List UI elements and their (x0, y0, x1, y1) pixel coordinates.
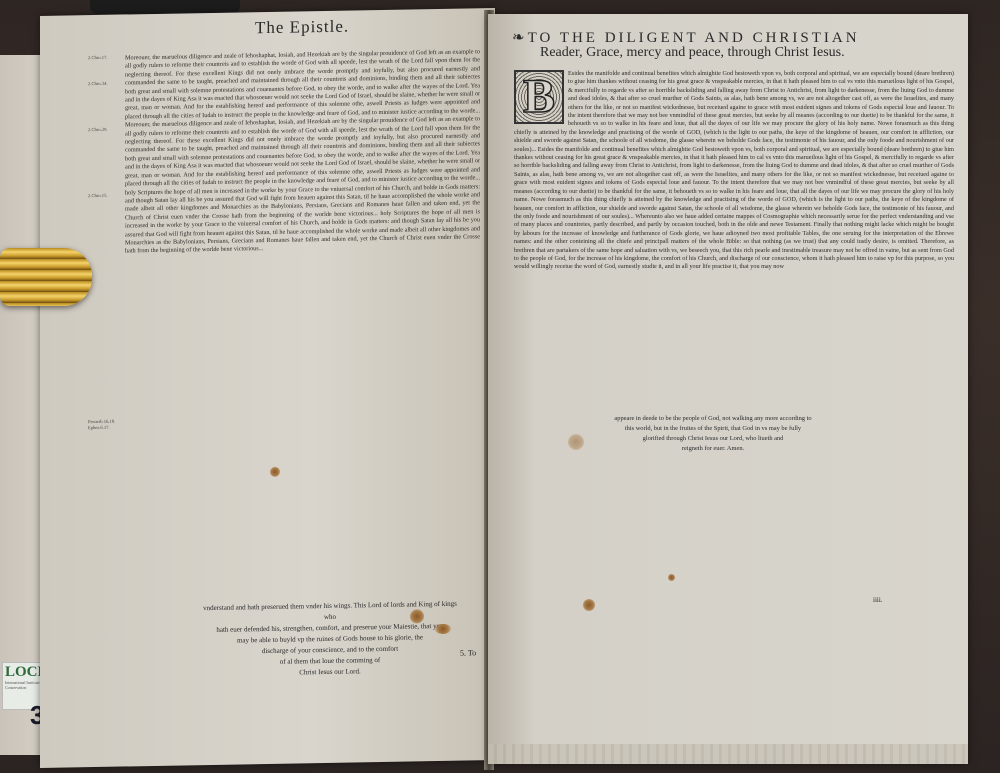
drop-cap-ornament: B (514, 70, 564, 124)
foxing-stain (270, 467, 280, 477)
drop-cap-letter: B (523, 73, 555, 121)
right-paragraph-continued: Esides the manifolde and continual benef… (514, 146, 954, 220)
closing-line: this world, but in the fruites of the Sp… (548, 424, 878, 434)
worn-page-edge (488, 744, 968, 764)
catchword: 5. To (460, 648, 476, 657)
left-paragraph-continued: Moreouer, the maruelous diligence and ze… (125, 116, 480, 188)
closing-line: glorified through Christ Iesus our Lord,… (548, 434, 878, 444)
signature-mark: iiii. (873, 596, 883, 604)
right-closing-lines: appeare in deede to be the people of God… (548, 414, 878, 454)
gold-page-clip (0, 248, 92, 306)
left-body-text: Moreouer, the maruelous diligence and ze… (125, 48, 480, 256)
closing-line: reigneth for euer. Amen. (548, 444, 878, 454)
foxing-stain (583, 599, 595, 611)
right-later-paragraph: Whereunto also we haue added certaine ma… (514, 213, 954, 270)
right-opening-paragraph: Esides the manifolde and continual benef… (514, 70, 954, 153)
right-body-text: B Esides the manifolde and continual ben… (514, 70, 954, 272)
foxing-stain (668, 574, 675, 581)
margin-note: Ephes.6.17. (88, 425, 122, 432)
right-page: ❧TO THE DILIGENT AND CHRISTIAN Reader, G… (488, 14, 968, 764)
preface-subtitle: Reader, Grace, mercy and peace, through … (540, 45, 845, 61)
closing-line: appeare in deede to be the people of God… (548, 414, 878, 424)
margin-notes: 2.Chro.17. 2.Chro.34. 2.Chro.29. 2.Chro.… (88, 55, 122, 432)
foxing-stain (568, 434, 584, 450)
left-opening-paragraph: Moreouer, the maruelous diligence and ze… (125, 48, 480, 120)
running-head: The Epistle. (255, 17, 349, 39)
preface-title-text: TO THE DILIGENT AND CHRISTIAN (528, 30, 860, 46)
left-page: The Epistle. 2.Chro.17. 2.Chro.34. 2.Chr… (40, 8, 495, 768)
